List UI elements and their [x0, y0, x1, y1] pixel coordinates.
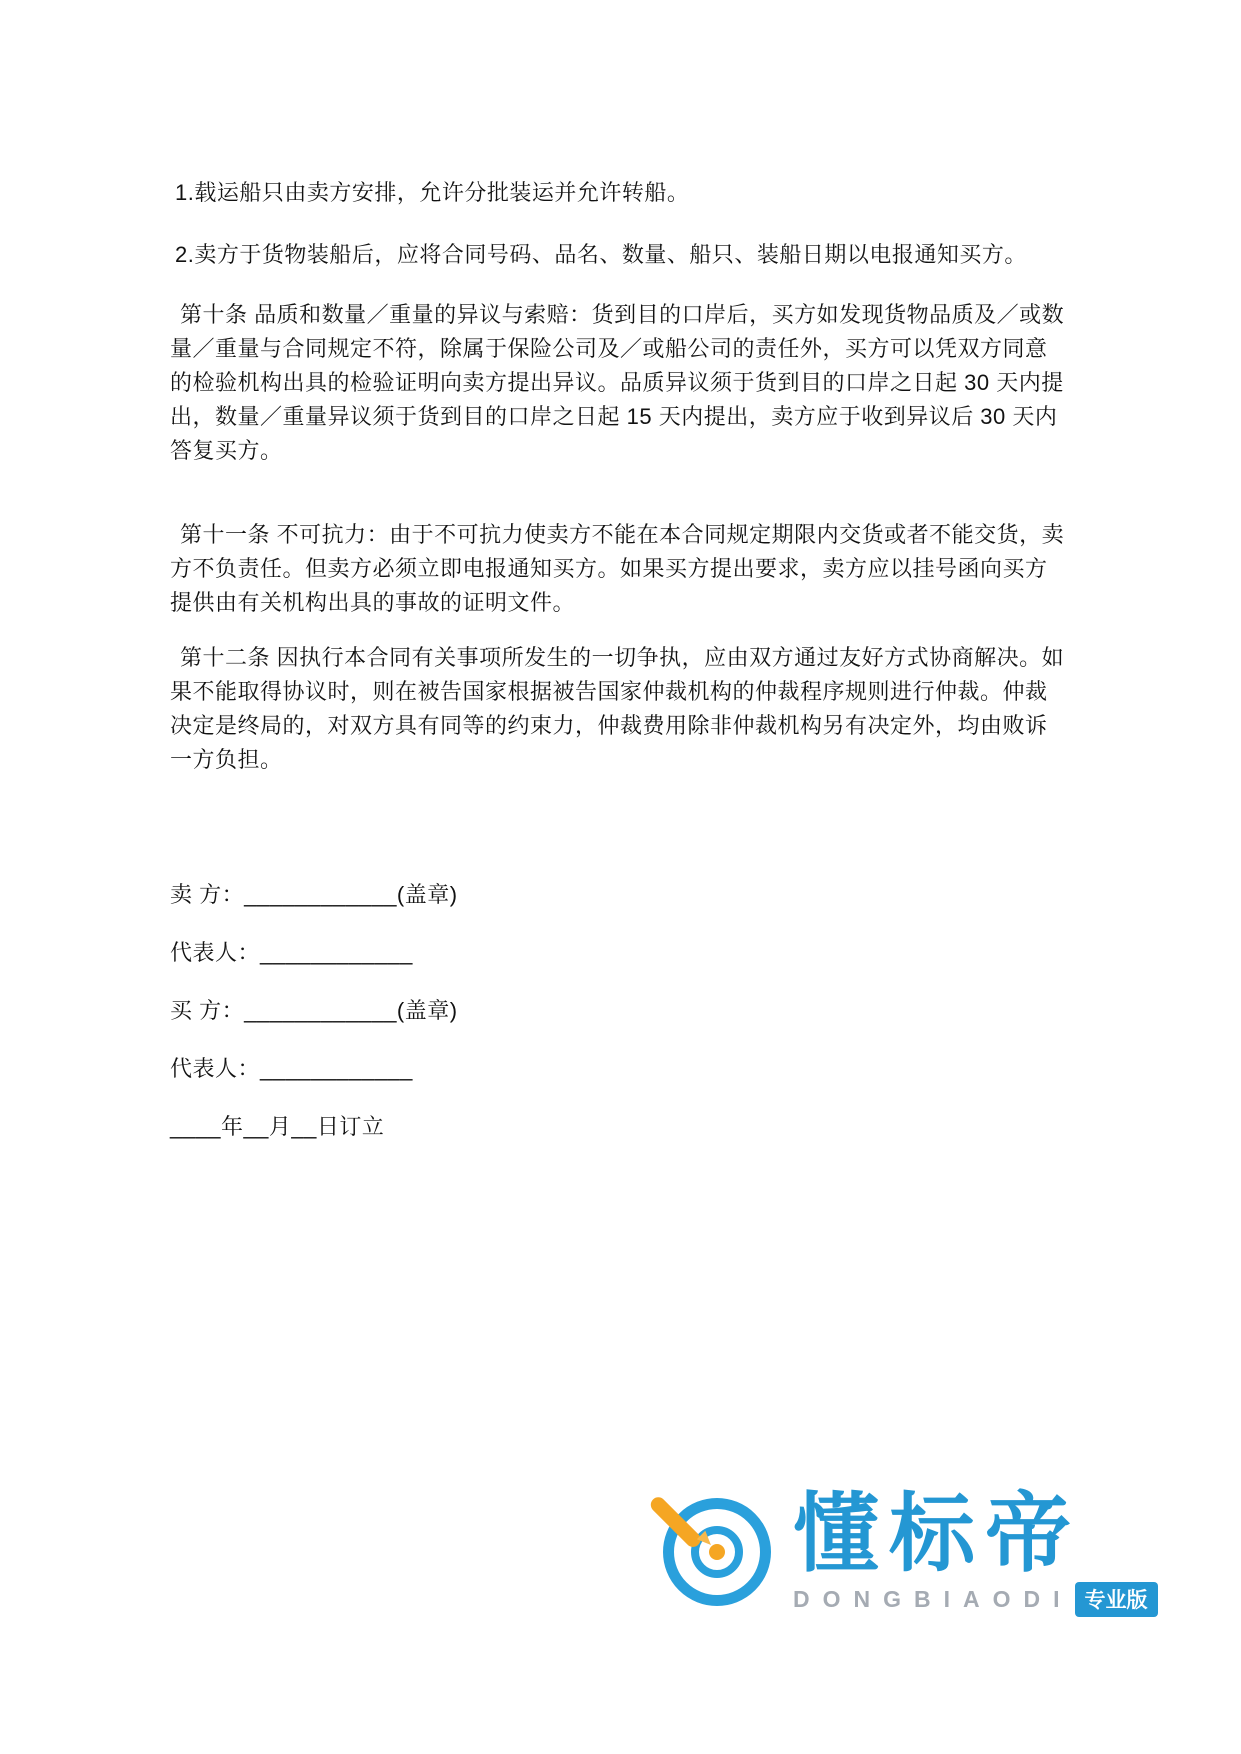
- paragraph-line: 第十一条 不可抗力：由于不可抗力使卖方不能在本合同规定期限内交货或者不能交货，卖: [170, 518, 1076, 552]
- paragraph-line: 出，数量／重量异议须于货到目的口岸之日起 15 天内提出，卖方应于收到异议后 3…: [170, 400, 1076, 434]
- paragraph-line: 的检验机构出具的检验证明向卖方提出异议。品质异议须于货到目的口岸之日起 30 天…: [170, 366, 1076, 400]
- dongbiaodi-logo-icon: [655, 1490, 779, 1614]
- paragraph-line: 答复买方。: [170, 434, 1076, 468]
- logo-center-dot: [709, 1544, 725, 1560]
- paragraph-line: 1.载运船只由卖方安排，允许分批装运并允许转船。: [170, 176, 1076, 210]
- clause-article-12: 第十二条 因执行本合同有关事项所发生的一切争执，应由双方通过友好方式协商解决。如…: [170, 641, 1076, 777]
- clause-shipping-notice: 2.卖方于货物装船后，应将合同号码、品名、数量、船只、装船日期以电报通知买方。: [170, 238, 1076, 272]
- contract-page: 1.载运船只由卖方安排，允许分批装运并允许转船。 2.卖方于货物装船后，应将合同…: [0, 0, 1241, 1754]
- seller-signature-line: 卖 方：____________(盖章): [170, 878, 458, 912]
- brand-subline: DONGBIAODI 专业版: [793, 1582, 1158, 1617]
- paragraph-line: 一方负担。: [170, 743, 1076, 777]
- clause-article-10: 第十条 品质和数量／重量的异议与索赔：货到目的口岸后，买方如发现货物品质及／或数…: [170, 298, 1076, 468]
- buyer-signature-line: 买 方：____________(盖章): [170, 994, 458, 1028]
- edition-badge: 专业版: [1075, 1582, 1158, 1617]
- contract-date-line: ____年__月__日订立: [170, 1110, 458, 1144]
- clause-article-11: 第十一条 不可抗力：由于不可抗力使卖方不能在本合同规定期限内交货或者不能交货，卖…: [170, 518, 1076, 620]
- paragraph-line: 第十条 品质和数量／重量的异议与索赔：货到目的口岸后，买方如发现货物品质及／或数: [170, 298, 1076, 332]
- clause-shipping-arrangement: 1.载运船只由卖方安排，允许分批装运并允许转船。: [170, 176, 1076, 210]
- buyer-representative-line: 代表人：____________: [170, 1052, 458, 1086]
- brand-text: 懂标帝 DONGBIAODI 专业版: [793, 1488, 1158, 1617]
- brand-name: 懂标帝: [793, 1488, 1158, 1580]
- signature-block: 卖 方：____________(盖章) 代表人：____________ 买 …: [170, 878, 458, 1144]
- seller-representative-line: 代表人：____________: [170, 936, 458, 970]
- paragraph-line: 果不能取得协议时，则在被告国家根据被告国家仲裁机构的仲裁程序规则进行仲裁。仲裁: [170, 675, 1076, 709]
- paragraph-line: 2.卖方于货物装船后，应将合同号码、品名、数量、船只、装船日期以电报通知买方。: [170, 238, 1076, 272]
- contract-body: 1.载运船只由卖方安排，允许分批装运并允许转船。 2.卖方于货物装船后，应将合同…: [170, 176, 1076, 777]
- paragraph-line: 量／重量与合同规定不符，除属于保险公司及／或船公司的责任外，买方可以凭双方同意: [170, 332, 1076, 366]
- paragraph-line: 方不负责任。但卖方必须立即电报通知买方。如果买方提出要求，卖方应以挂号函向买方: [170, 552, 1076, 586]
- paragraph-line: 决定是终局的，对双方具有同等的约束力，仲裁费用除非仲裁机构另有决定外，均由败诉: [170, 709, 1076, 743]
- brand-romanized: DONGBIAODI: [793, 1586, 1073, 1613]
- paragraph-line: 第十二条 因执行本合同有关事项所发生的一切争执，应由双方通过友好方式协商解决。如: [170, 641, 1076, 675]
- dongbiaodi-watermark: 懂标帝 DONGBIAODI 专业版: [655, 1474, 1115, 1630]
- paragraph-line: 提供由有关机构出具的事故的证明文件。: [170, 586, 1076, 620]
